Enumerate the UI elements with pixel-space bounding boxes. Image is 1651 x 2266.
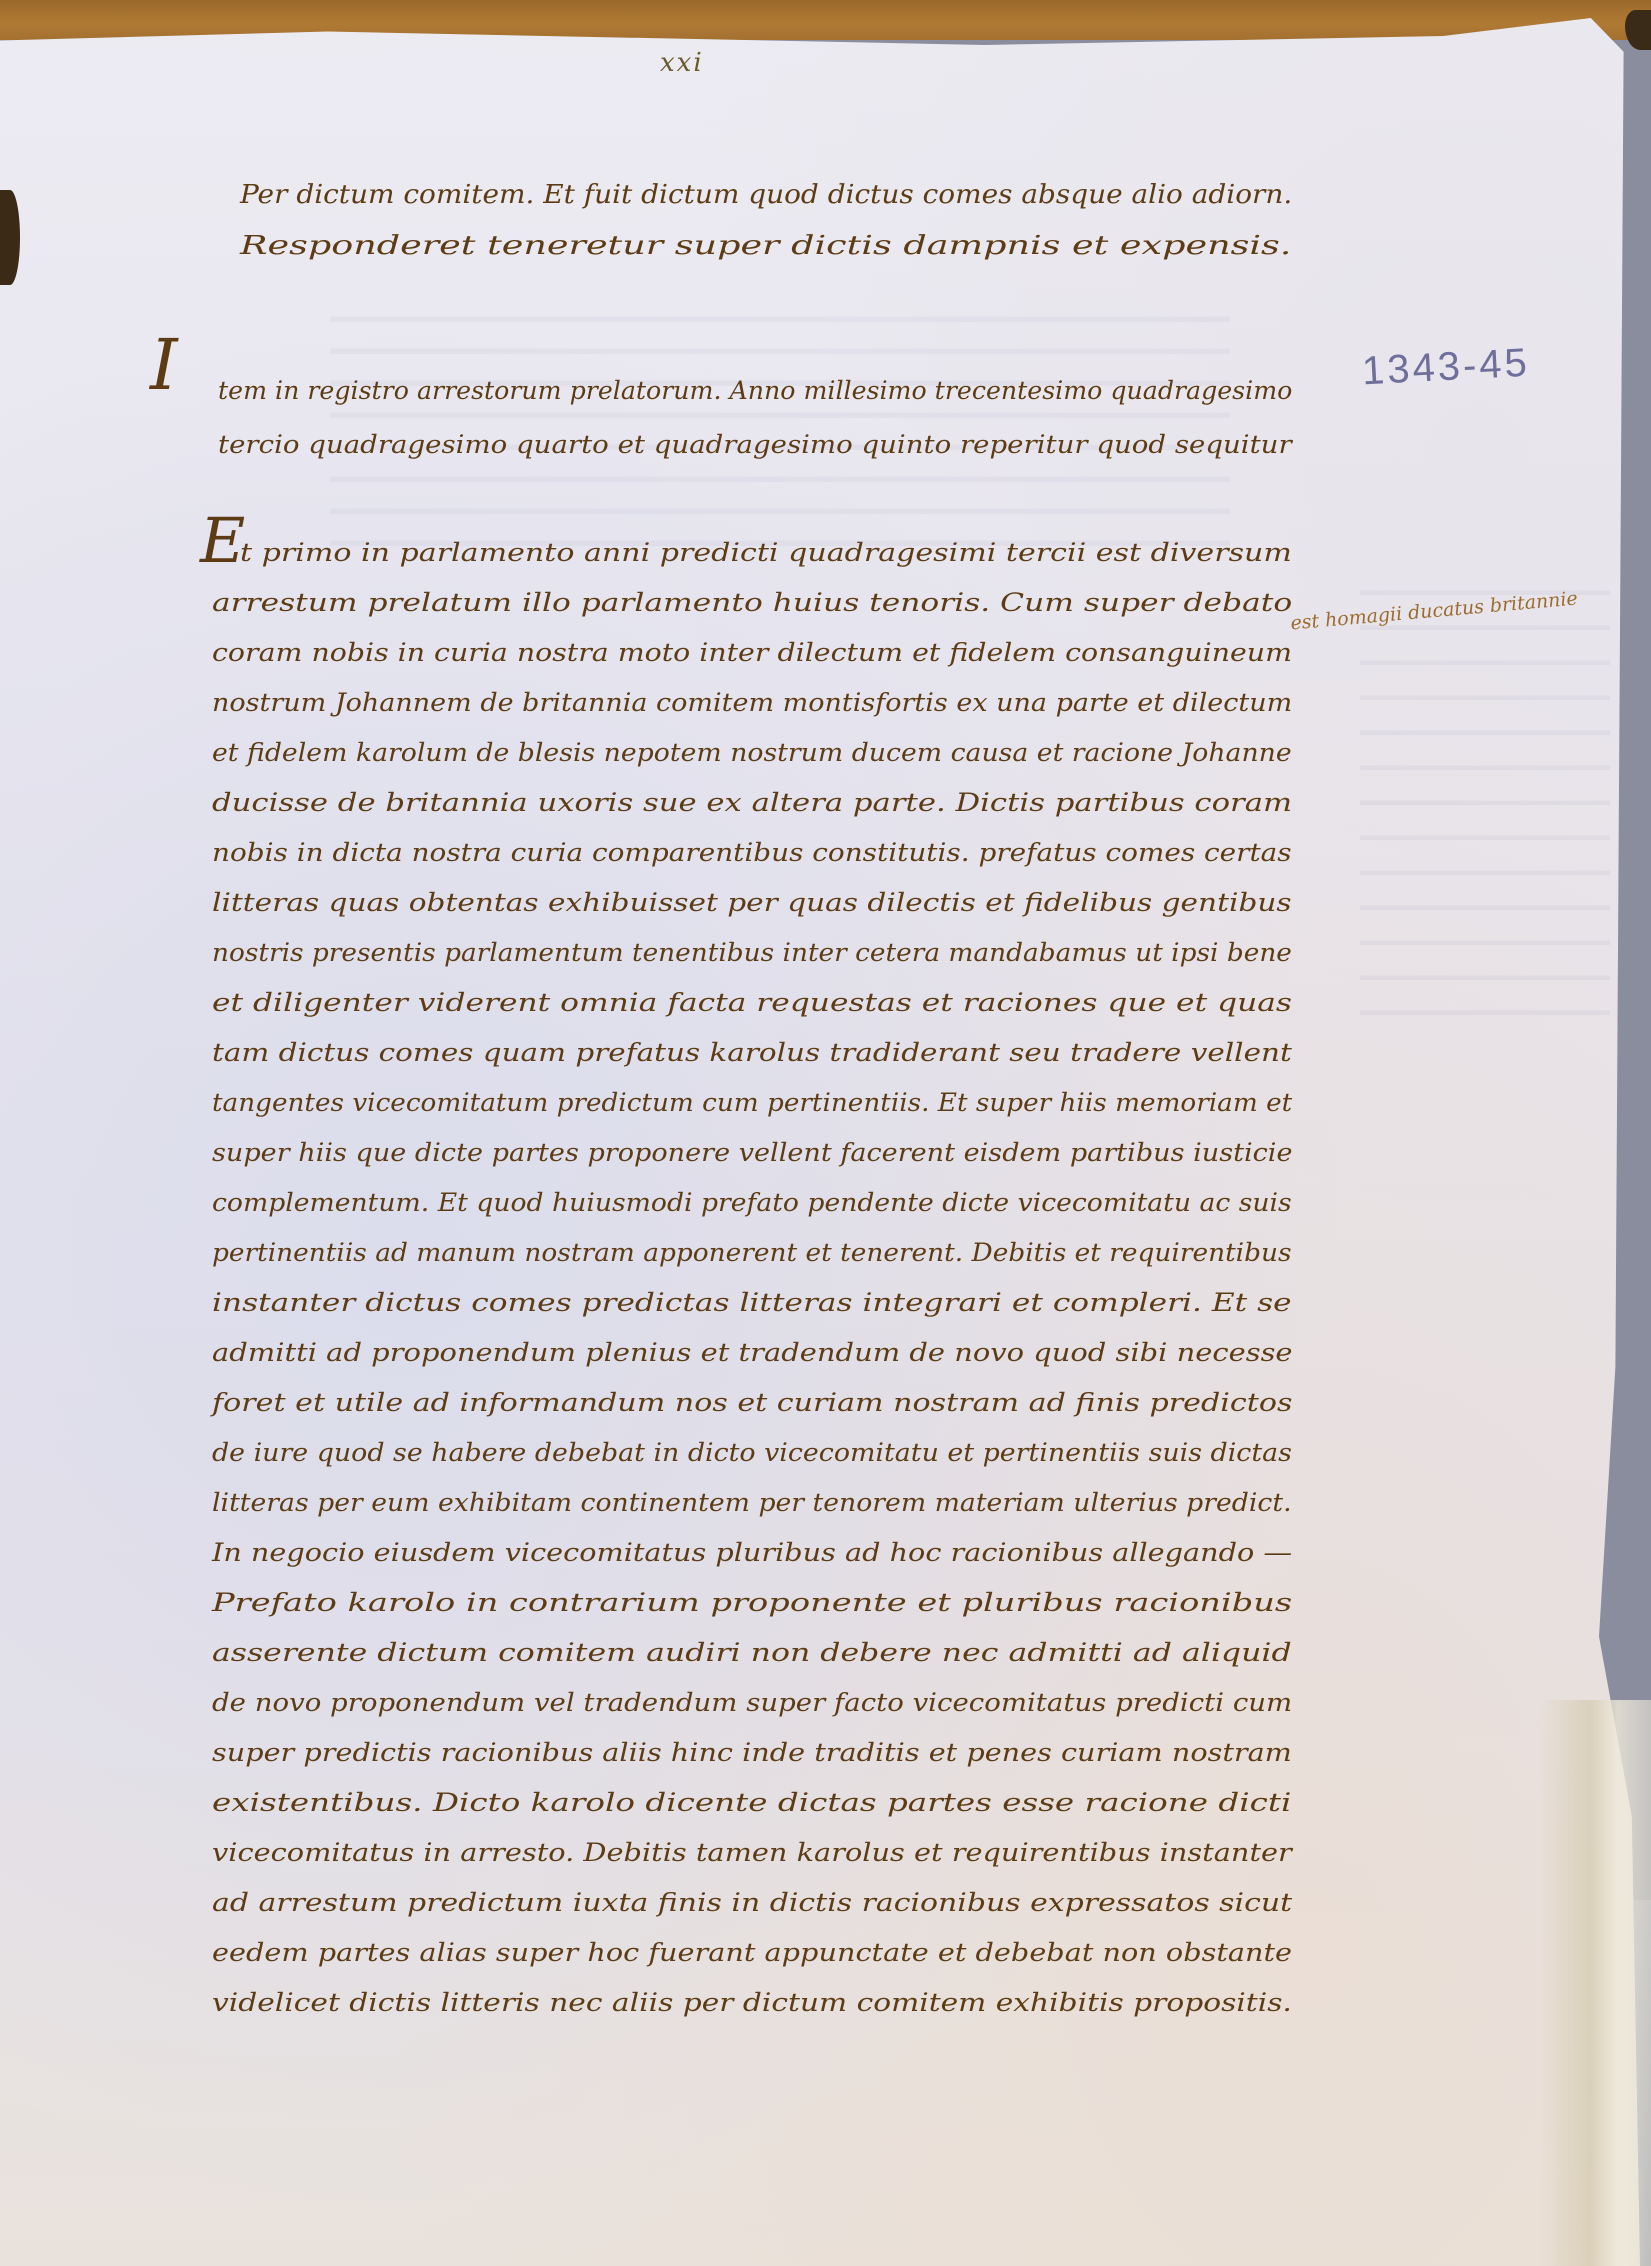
text-line: existentibus. Dicto karolo dicente dicta… xyxy=(212,1790,1291,1815)
text-line: foret et utile ad informandum nos et cur… xyxy=(212,1390,1292,1415)
text-line: asserente dictum comitem audiri non debe… xyxy=(212,1640,1292,1665)
text-line: nostris presentis parlamentum tenentibus… xyxy=(212,940,1292,965)
text-line: super predictis racionibus aliis hinc in… xyxy=(212,1740,1292,1765)
text-line: pertinentiis ad manum nostram apponerent… xyxy=(212,1240,1292,1265)
text-line: nostrum Johannem de britannia comitem mo… xyxy=(212,690,1292,715)
text-line: Prefato karolo in contrarium proponente … xyxy=(212,1590,1292,1615)
text-line: et diligenter viderent omnia facta reque… xyxy=(212,990,1292,1015)
text-line: super hiis que dicte partes proponere ve… xyxy=(212,1140,1293,1165)
text-line: videlicet dictis litteris nec aliis per … xyxy=(212,1990,1292,2015)
text-line: de novo proponendum vel tradendum super … xyxy=(212,1690,1292,1715)
text-line: tam dictus comes quam prefatus karolus t… xyxy=(212,1040,1292,1065)
parchment-fold xyxy=(1540,1700,1651,2266)
text-line: In negocio eiusdem vicecomitatus pluribu… xyxy=(212,1540,1292,1565)
text-line: admitti ad proponendum plenius et traden… xyxy=(212,1340,1293,1365)
text-line: ad arrestum predictum iuxta finis in dic… xyxy=(212,1890,1292,1915)
corner-tab xyxy=(1625,10,1651,50)
show-through-text xyxy=(330,290,1230,550)
text-line: et fidelem karolum de blesis nepotem nos… xyxy=(212,740,1292,765)
text-line: eedem partes alias super hoc fuerant app… xyxy=(212,1940,1292,1965)
pencil-date-annotation: 1343-45 xyxy=(1361,341,1531,395)
show-through-text-margin xyxy=(1360,560,1610,1020)
text-line: litteras per eum exhibitam continentem p… xyxy=(212,1490,1292,1515)
text-line: ducisse de britannia uxoris sue ex alter… xyxy=(212,790,1292,815)
decorated-initial: E xyxy=(200,510,245,572)
text-line: complementum. Et quod huiusmodi prefato … xyxy=(212,1190,1292,1215)
folio-number: xxi xyxy=(660,48,704,78)
text-line: t primo in parlamento anni predicti quad… xyxy=(240,540,1292,565)
text-line: de iure quod se habere debebat in dicto … xyxy=(212,1440,1292,1465)
text-line: Per dictum comitem. Et fuit dictum quod … xyxy=(240,182,1292,208)
decorated-initial: I xyxy=(150,330,178,400)
text-line: instanter dictus comes predictas littera… xyxy=(212,1290,1292,1315)
text-line: tercio quadragesimo quarto et quadragesi… xyxy=(218,432,1292,457)
text-line: arrestum prelatum illo parlamento huius … xyxy=(212,590,1292,615)
binding-tab xyxy=(0,190,20,285)
text-line: nobis in dicta nostra curia comparentibu… xyxy=(212,840,1292,865)
text-line: tem in registro arrestorum prelatorum. A… xyxy=(218,378,1292,403)
text-line: coram nobis in curia nostra moto inter d… xyxy=(212,640,1292,665)
text-line: litteras quas obtentas exhibuisset per q… xyxy=(212,890,1292,915)
text-line: Responderet teneretur super dictis dampn… xyxy=(240,233,1291,259)
text-line: tangentes vicecomitatum predictum cum pe… xyxy=(212,1090,1292,1115)
text-line: vicecomitatus in arresto. Debitis tamen … xyxy=(212,1840,1292,1865)
